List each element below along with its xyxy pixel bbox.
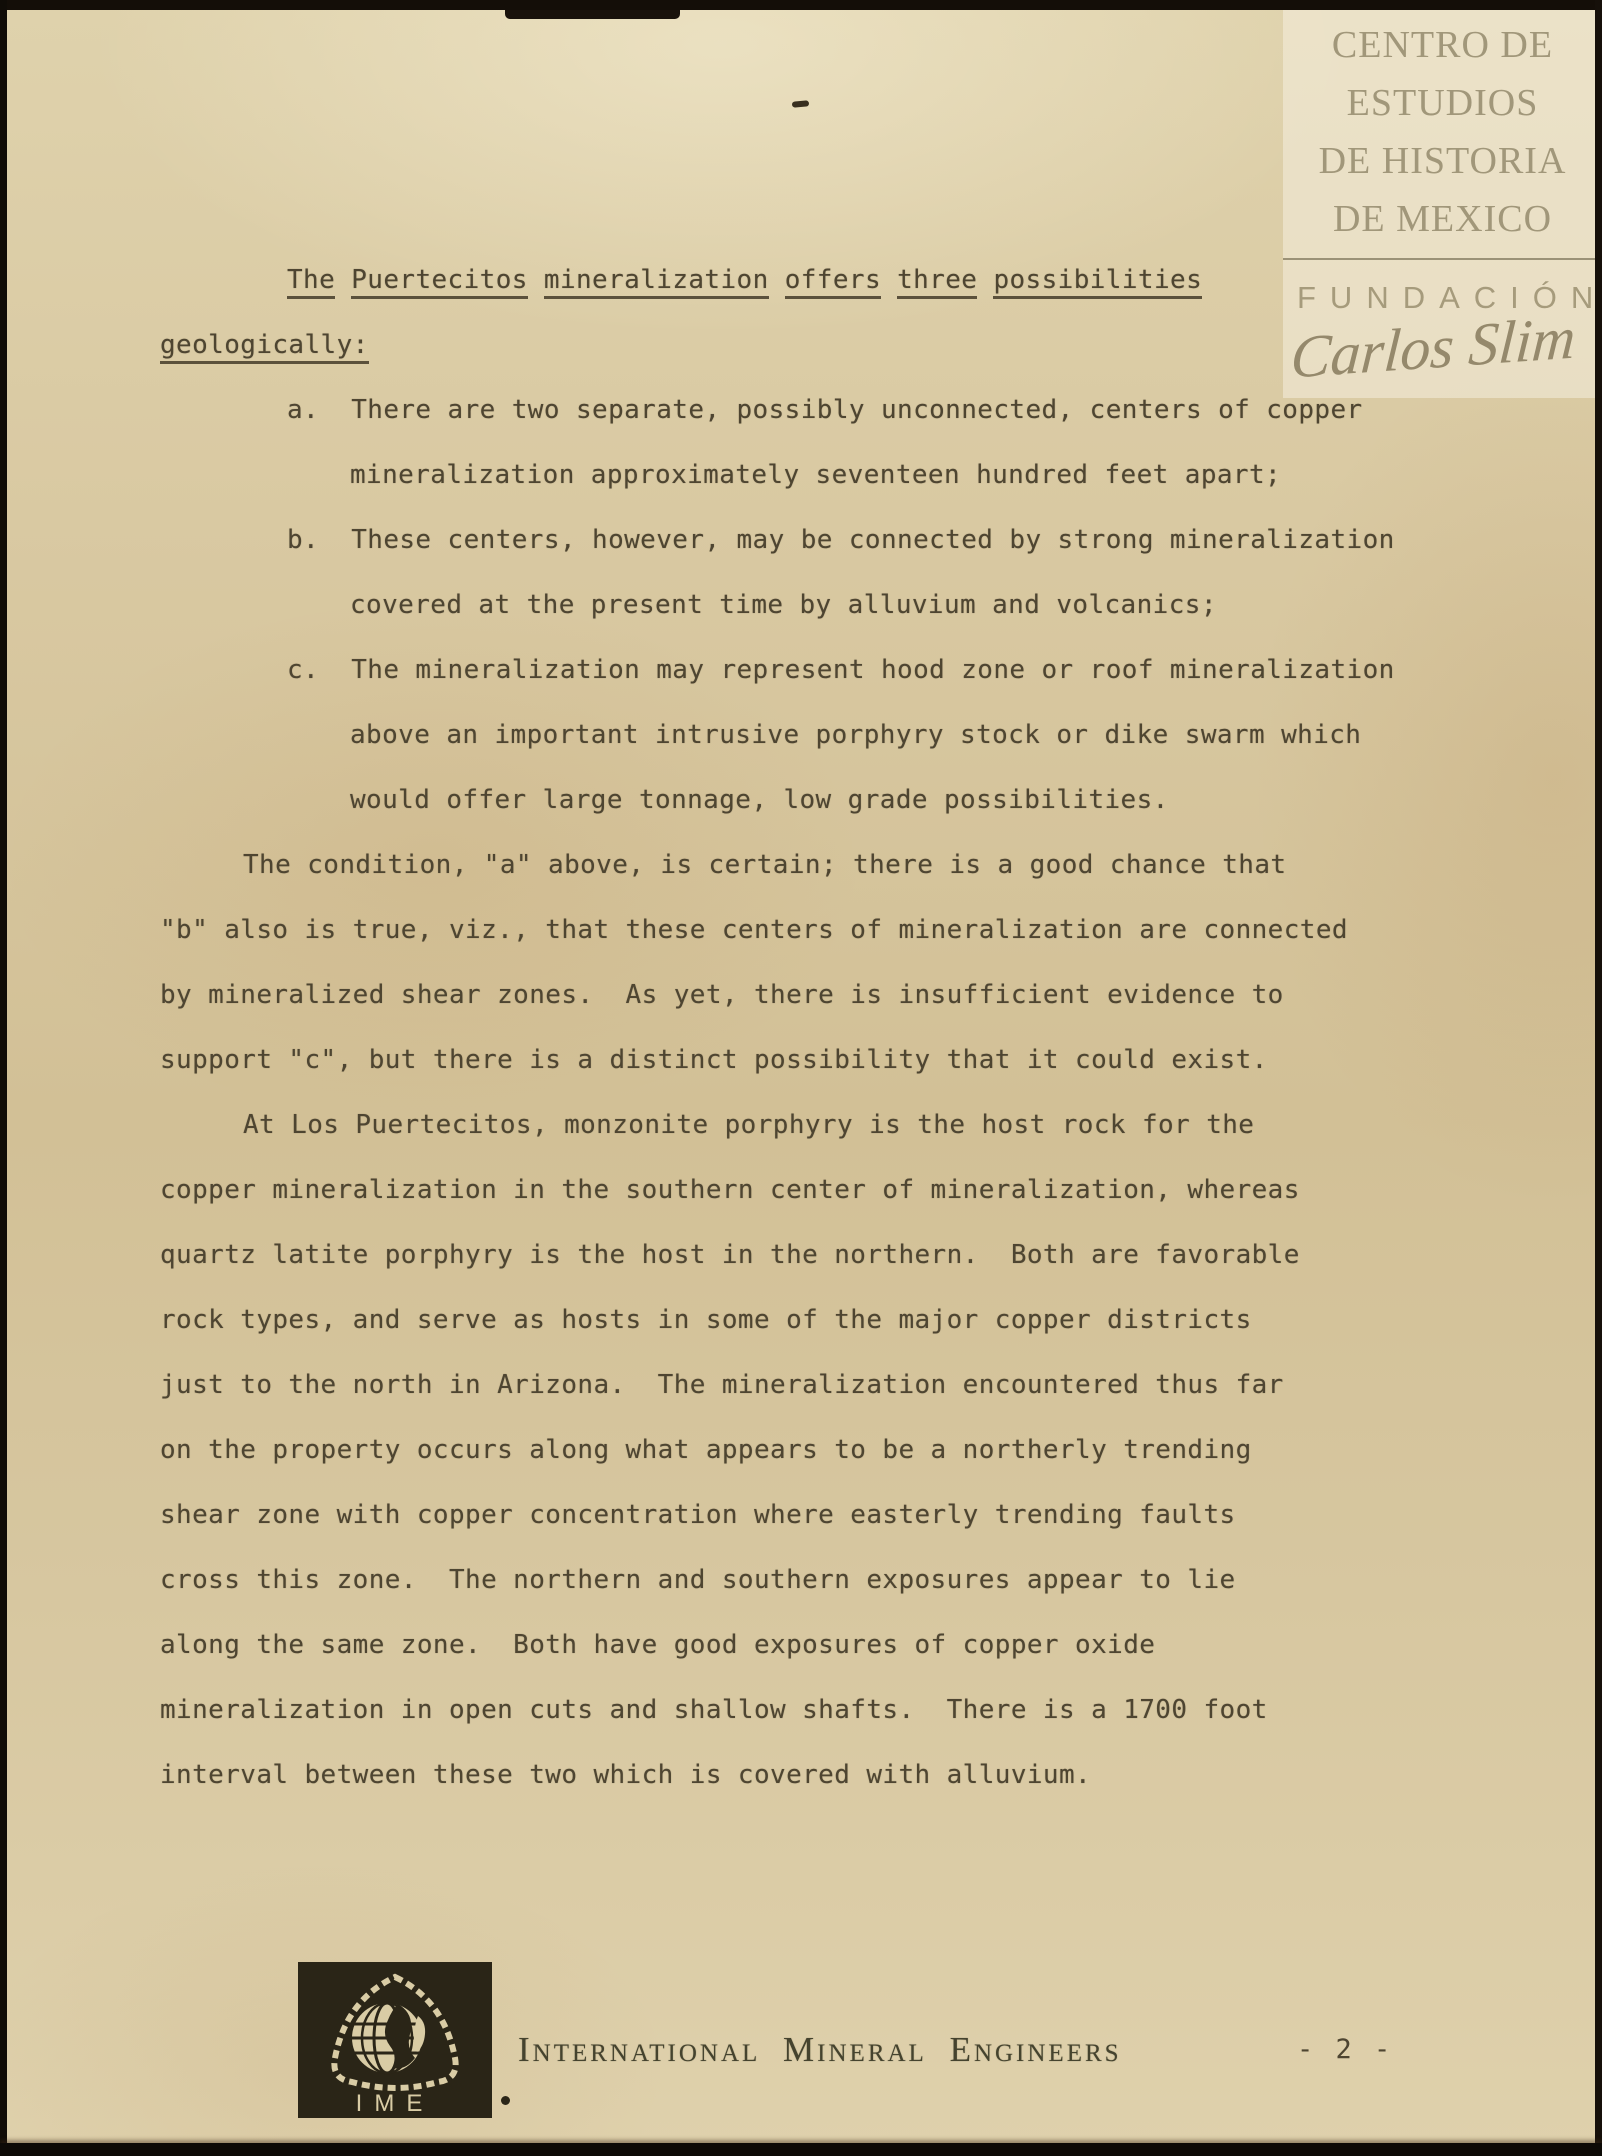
typed-line: covered at the present time by alluvium … bbox=[0, 573, 1602, 638]
scan-edge-left bbox=[0, 0, 7, 2156]
typed-line: a. There are two separate, possibly unco… bbox=[0, 378, 1602, 443]
heading-line: The Puertecitos mineralization offers th… bbox=[0, 248, 1602, 313]
underlined-word: mineralization bbox=[544, 265, 769, 299]
company-name: International Mineral Engineers bbox=[518, 2028, 1122, 2072]
typed-line: rock types, and serve as hosts in some o… bbox=[0, 1288, 1602, 1353]
heading-line: geologically: bbox=[0, 313, 1602, 378]
scan-edge-right bbox=[1595, 0, 1602, 2156]
typed-line: above an important intrusive porphyry st… bbox=[0, 703, 1602, 768]
typed-line: interval between these two which is cove… bbox=[0, 1743, 1602, 1808]
ime-logo: IME bbox=[298, 1962, 492, 2118]
typed-line: copper mineralization in the southern ce… bbox=[0, 1158, 1602, 1223]
typed-line: The condition, "a" above, is certain; th… bbox=[0, 833, 1602, 898]
typed-line: b. These centers, however, may be connec… bbox=[0, 508, 1602, 573]
scan-edge-top-notch bbox=[505, 10, 680, 19]
underlined-word: possibilities bbox=[993, 265, 1202, 299]
typed-line: mineralization approximately seventeen h… bbox=[0, 443, 1602, 508]
typed-line: "b" also is true, viz., that these cente… bbox=[0, 898, 1602, 963]
typed-line: on the property occurs along what appear… bbox=[0, 1418, 1602, 1483]
typed-line: along the same zone. Both have good expo… bbox=[0, 1613, 1602, 1678]
watermark-line: DE HISTORIA bbox=[1283, 132, 1602, 190]
underlined-word: geologically: bbox=[160, 330, 369, 364]
watermark-line: ESTUDIOS bbox=[1283, 74, 1602, 132]
underlined-word: three bbox=[897, 265, 977, 299]
watermark-line: CENTRO DE bbox=[1283, 16, 1602, 74]
page-number: - 2 - bbox=[1297, 2030, 1393, 2070]
registered-mark-dot bbox=[501, 2096, 510, 2105]
scanned-document-page: CENTRO DE ESTUDIOS DE HISTORIA DE MEXICO… bbox=[0, 0, 1602, 2156]
logo-text: IME bbox=[356, 2090, 435, 2117]
globe-shield-icon: IME bbox=[298, 1962, 492, 2118]
typed-line: just to the north in Arizona. The minera… bbox=[0, 1353, 1602, 1418]
typed-line: mineralization in open cuts and shallow … bbox=[0, 1678, 1602, 1743]
underlined-word: offers bbox=[785, 265, 881, 299]
typed-line: would offer large tonnage, low grade pos… bbox=[0, 768, 1602, 833]
body-lines: a. There are two separate, possibly unco… bbox=[0, 378, 1602, 1808]
typed-line: quartz latite porphyry is the host in th… bbox=[0, 1223, 1602, 1288]
scan-edge-bottom bbox=[0, 2143, 1602, 2156]
typed-line: At Los Puertecitos, monzonite porphyry i… bbox=[0, 1093, 1602, 1158]
typed-line: by mineralized shear zones. As yet, ther… bbox=[0, 963, 1602, 1028]
typed-line: shear zone with copper concentration whe… bbox=[0, 1483, 1602, 1548]
typed-line: support "c", but there is a distinct pos… bbox=[0, 1028, 1602, 1093]
scan-edge-top bbox=[0, 0, 1602, 10]
typed-line: c. The mineralization may represent hood… bbox=[0, 638, 1602, 703]
underlined-word: The bbox=[287, 265, 335, 299]
typed-line: cross this zone. The northern and southe… bbox=[0, 1548, 1602, 1613]
typed-text-block: The Puertecitos mineralization offers th… bbox=[0, 248, 1602, 1808]
underlined-word: Puertecitos bbox=[351, 265, 528, 299]
watermark-line: DE MEXICO bbox=[1283, 190, 1602, 248]
